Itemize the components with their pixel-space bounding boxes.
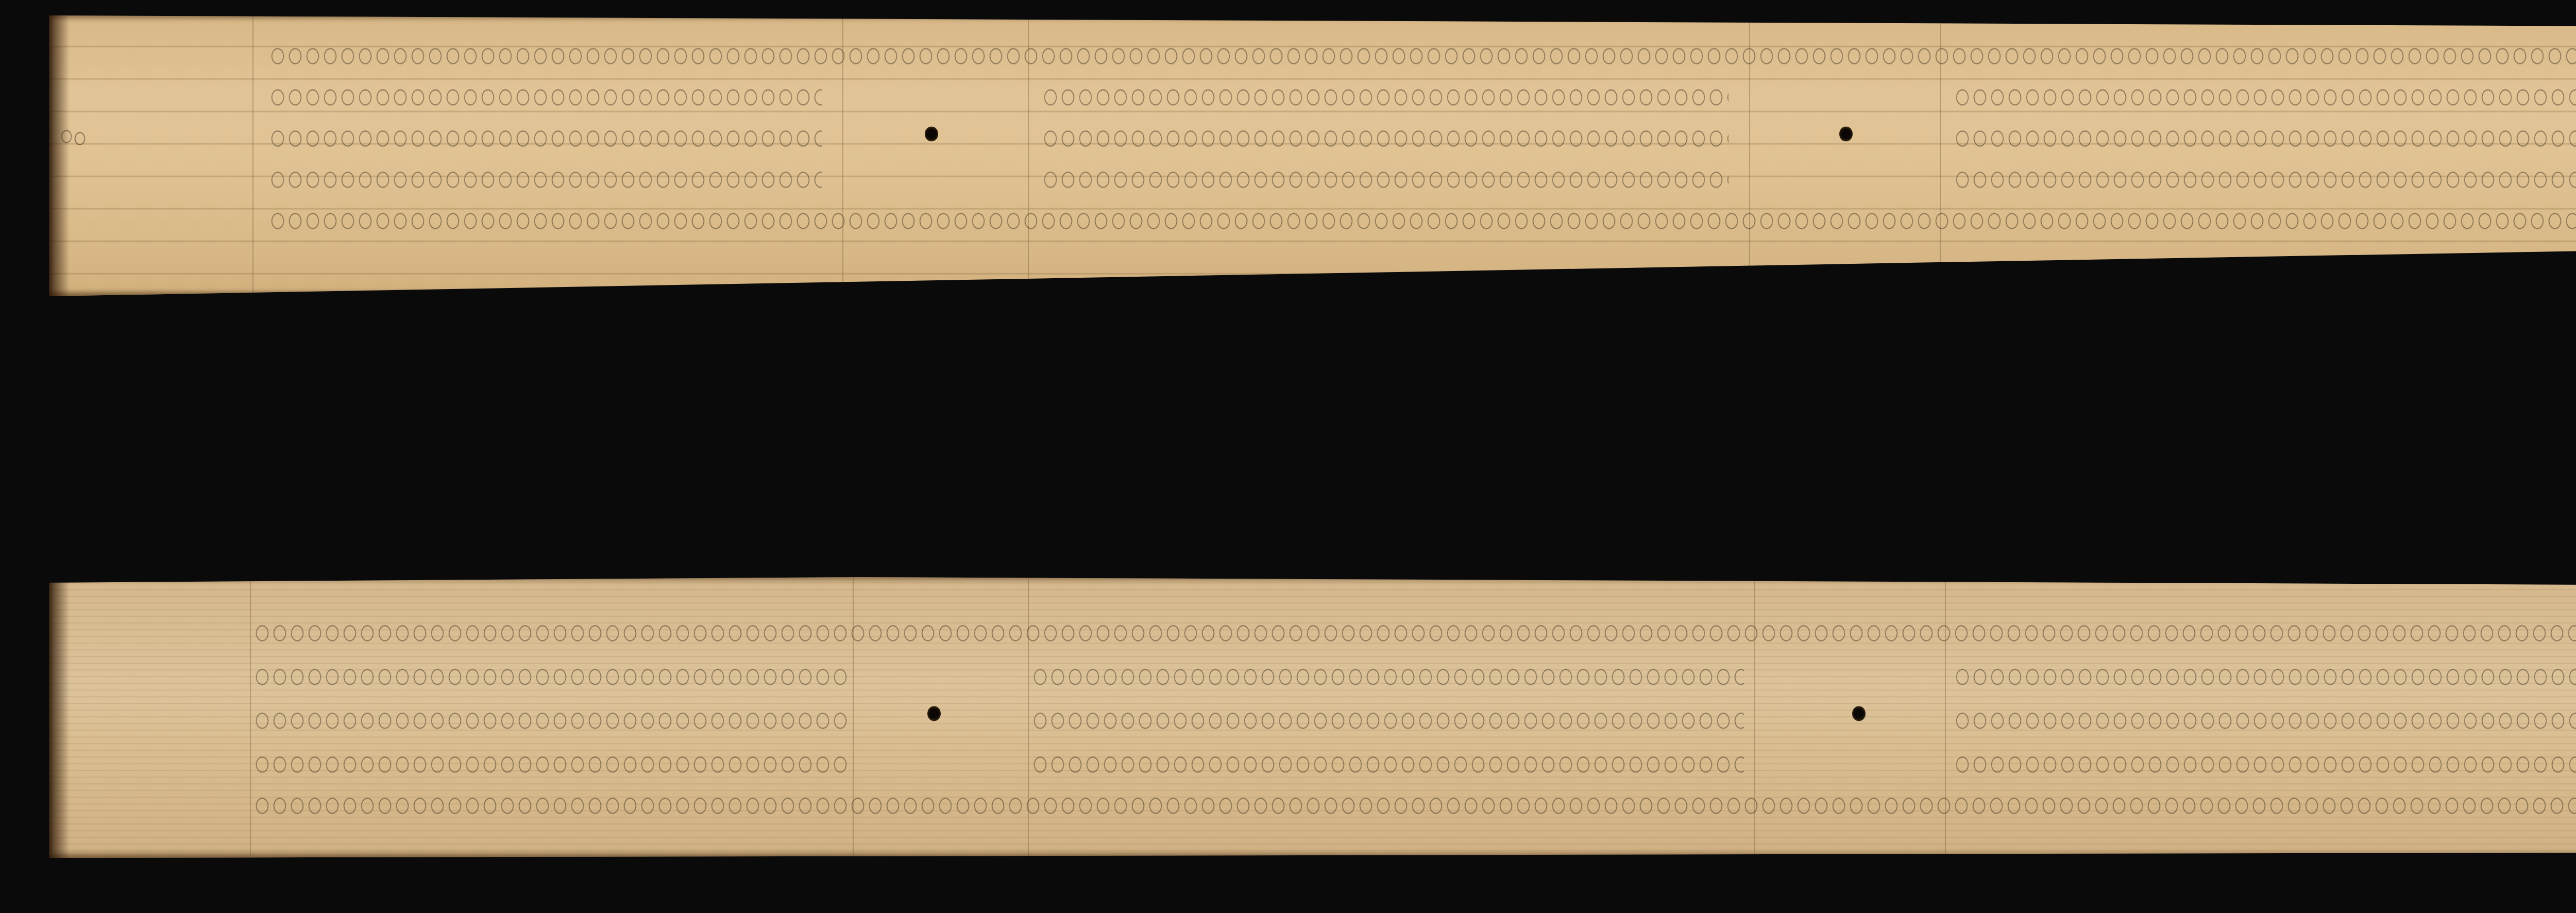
script-line bbox=[255, 621, 2576, 645]
binding-hole bbox=[1839, 126, 1853, 142]
column-rule bbox=[252, 15, 253, 296]
script-line bbox=[270, 44, 2576, 67]
script-line bbox=[1955, 708, 2576, 732]
script-line bbox=[1043, 167, 1728, 191]
script-line bbox=[255, 665, 848, 688]
script-line bbox=[270, 209, 2576, 232]
page-number-marker bbox=[58, 121, 89, 157]
leaf-edge-left bbox=[49, 577, 70, 858]
script-line bbox=[1955, 167, 2576, 191]
column-rule bbox=[250, 577, 251, 858]
script-line bbox=[255, 752, 848, 776]
script-line bbox=[255, 793, 2576, 817]
leaf-script-label: Balinese bbox=[49, 577, 49, 578]
palm-leaf-bottom: Balinese bbox=[49, 577, 2576, 858]
script-line bbox=[1955, 85, 2576, 109]
script-line bbox=[255, 708, 848, 732]
script-line bbox=[1043, 85, 1728, 109]
script-line bbox=[1033, 665, 1744, 688]
binding-hole bbox=[925, 126, 938, 142]
script-line bbox=[1043, 126, 1728, 150]
binding-hole bbox=[1852, 706, 1866, 721]
script-line bbox=[1033, 752, 1744, 776]
binding-hole bbox=[927, 706, 941, 721]
script-line bbox=[270, 126, 822, 150]
script-line bbox=[1955, 752, 2576, 776]
script-line bbox=[270, 85, 822, 109]
script-line bbox=[1955, 665, 2576, 688]
script-line bbox=[1033, 708, 1744, 732]
script-line bbox=[1955, 126, 2576, 150]
palm-leaf-top: Balinese bbox=[49, 15, 2576, 296]
script-line bbox=[270, 167, 822, 191]
